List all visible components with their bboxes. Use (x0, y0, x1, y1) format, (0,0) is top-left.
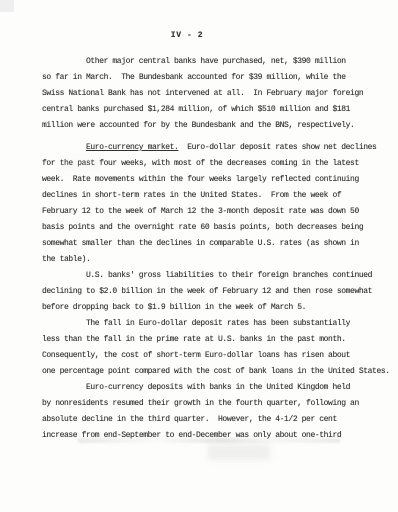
text-line: so far in March. The Bundesbank accounte… (42, 70, 386, 86)
text-line: declining to $2.0 billion in the week of… (42, 284, 386, 300)
scan-smudge (208, 444, 270, 460)
text-line: U.S. banks' gross liabilities to their f… (42, 268, 386, 284)
text-line: million were accounted for by the Bundes… (42, 118, 386, 134)
text-line: basis points and the overnight rate 60 b… (42, 220, 386, 236)
scan-artifact (0, 0, 14, 12)
document-body: Other major central banks have purchased… (42, 54, 386, 444)
text-line: Euro-currency market. Euro-dollar deposi… (42, 140, 386, 156)
text-line: the table). (42, 252, 386, 268)
text-line: before dropping back to $1.9 billion in … (42, 300, 386, 316)
text-line: by nonresidents resumed their growth in … (42, 396, 386, 412)
text-line: absolute decline in the third quarter. H… (42, 412, 386, 428)
text-line: Other major central banks have purchased… (42, 54, 386, 70)
text-line: Swiss National Bank has not intervened a… (42, 86, 386, 102)
text-line: somewhat smaller than the declines in co… (42, 236, 386, 252)
text-line: week. Rate movements within the four wee… (42, 172, 386, 188)
text-line: central banks purchased $1,284 million, … (42, 102, 386, 118)
text-line: Euro-currency deposits with banks in the… (42, 380, 386, 396)
text-line: increase from end-September to end-Decem… (42, 428, 386, 444)
text-line: Consequently, the cost of short-term Eur… (42, 348, 386, 364)
text-line: The fall in Euro-dollar deposit rates ha… (42, 316, 386, 332)
text-line: February 12 to the week of March 12 the … (42, 204, 386, 220)
text-line: declines in short-term rates in the Unit… (42, 188, 386, 204)
page-number: IV - 2 (0, 31, 374, 40)
text-line: less than the fall in the prime rate at … (42, 332, 386, 348)
text-line: for the past four weeks, with most of th… (42, 156, 386, 172)
text-line: one percentage point compared with the c… (42, 364, 386, 380)
underlined-heading: Euro-currency market. (86, 143, 178, 152)
document-page: IV - 2 Other major central banks have pu… (0, 0, 398, 512)
